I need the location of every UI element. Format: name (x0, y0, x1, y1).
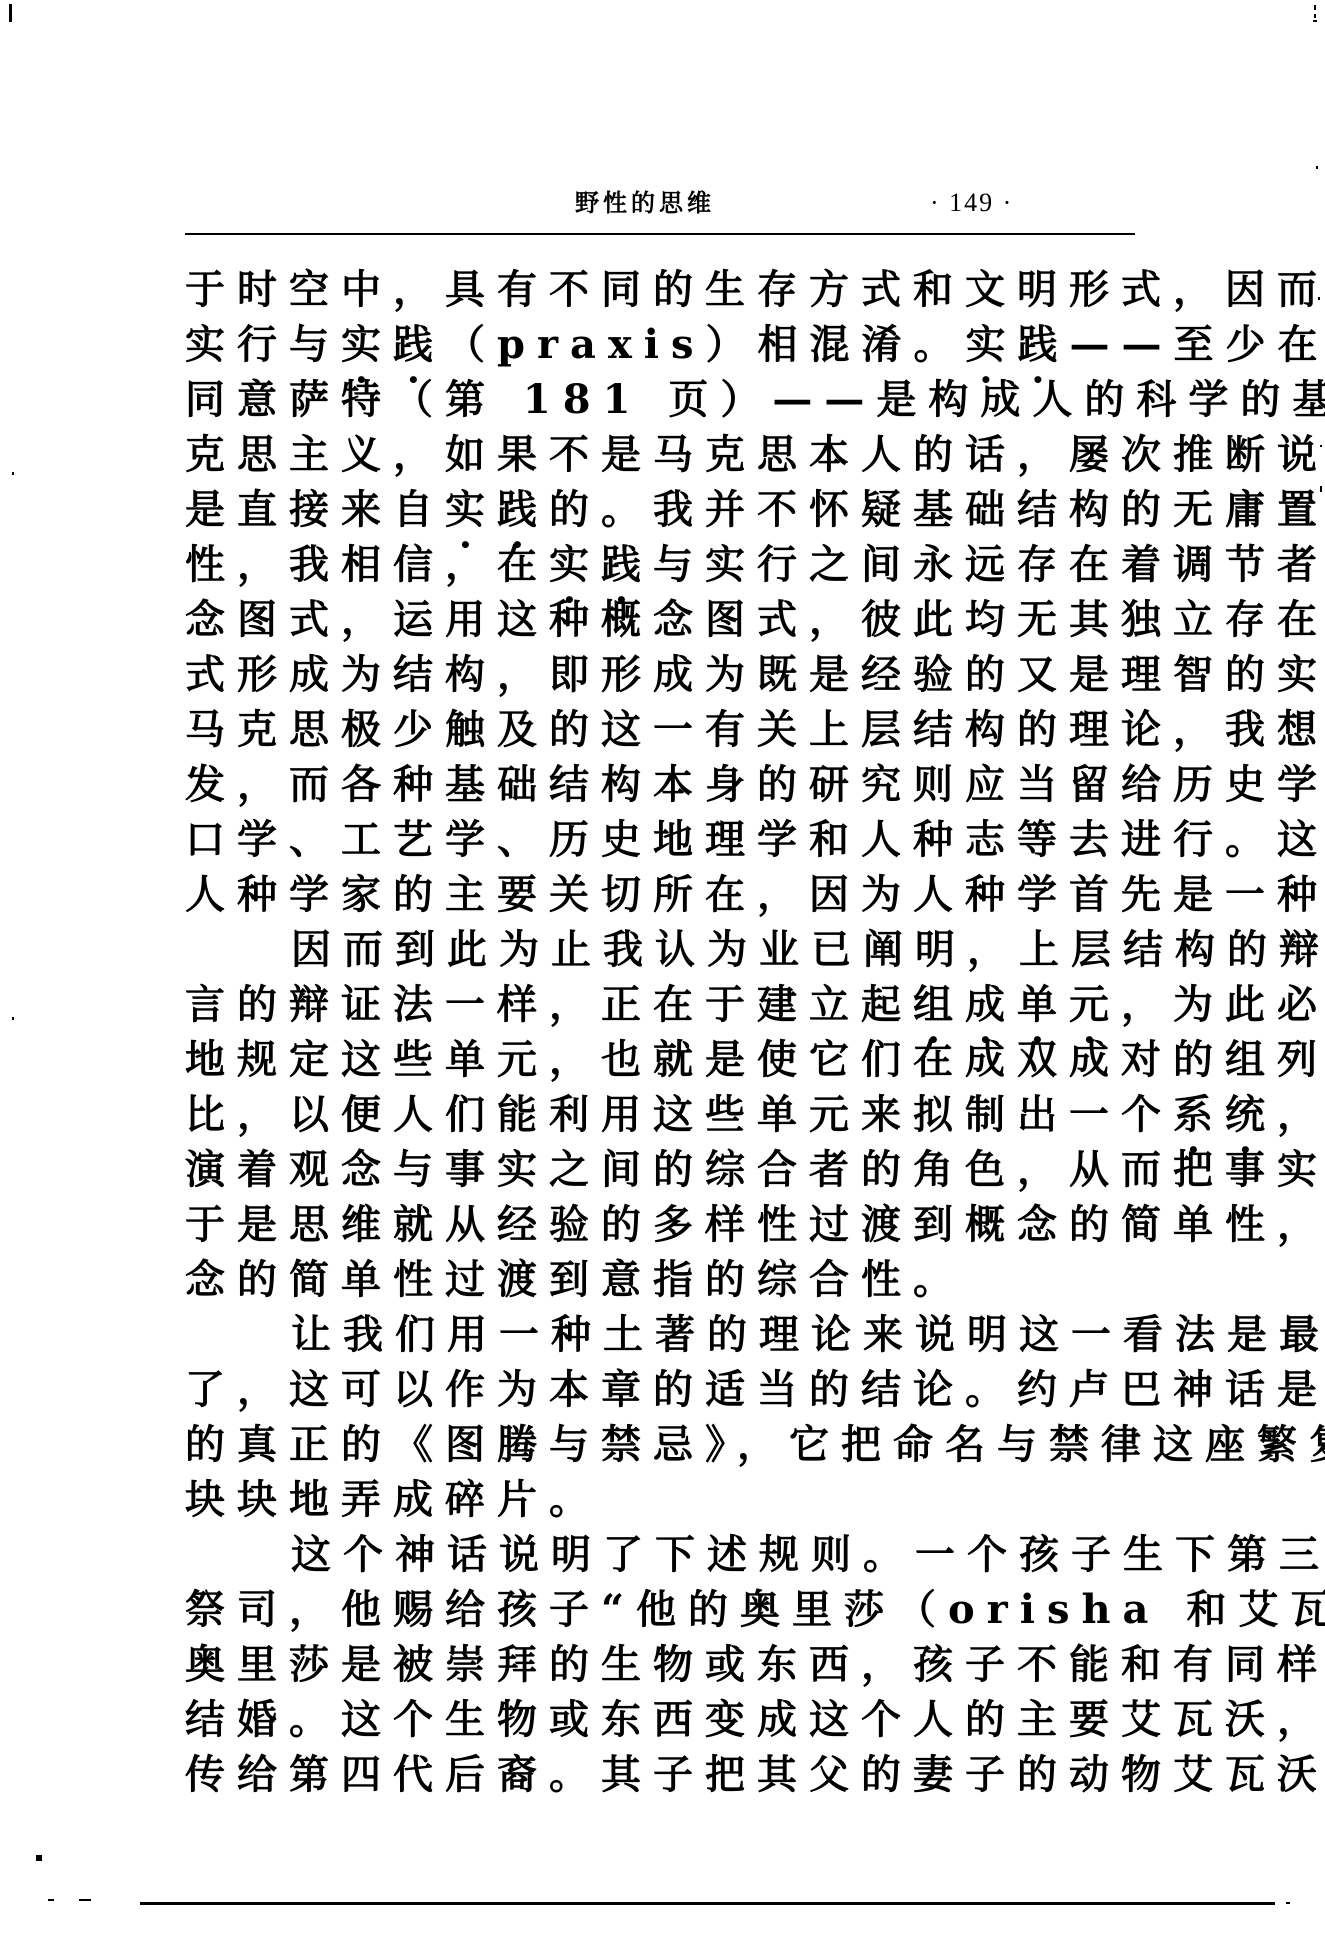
paragraph: 让我们用一种土著的理论来说明这一看法是最恰当不过了，这可以作为本章的适当的结论。… (185, 1307, 1145, 1527)
text-run: 传给第四代后裔。其子把其父的妻子的动物艾瓦沃当作他的第 (185, 1751, 1325, 1798)
text-run: 这个神话说明了下述规则。一个孩子生下第三天请来一个 (291, 1531, 1325, 1578)
text-run: 祭司，他赐给孩子“他的奥里莎（orisha 和艾瓦沃（ewaw））”。 (185, 1586, 1325, 1633)
text-line: 了，这可以作为本章的适当的结论。约卢巴神话是一种未定型 (185, 1362, 1145, 1417)
text-run: 式形成为结构，即形成为既是经验的又是理智的实体。正是对 (185, 651, 1325, 698)
text-run: 让我们用一种土著的理论来说明这一看法是最恰当不过 (291, 1311, 1325, 1358)
footer-rule (140, 1902, 1275, 1905)
text-run: 念图式，运用这种概念图式，彼此均无其独立存在的质料与形 (185, 596, 1325, 643)
text-line: 口学、工艺学、历史地理学和人种志等去进行。这个任务不是 (185, 812, 1145, 867)
text-run: 马克思极少触及的这一有关上层结构的理论，我想试图有所阐 (185, 706, 1325, 753)
emphasized-term: 系统 (1173, 1091, 1277, 1138)
text-line: 人种学家的主要关切所在，因为人种学首先是一种心理学。 (185, 867, 1145, 922)
text-line: 克思主义，如果不是马克思本人的话，屡次推断说，实行似乎 (185, 427, 1145, 482)
emphasized-term: 实践 (445, 486, 549, 533)
text-run: 发，而各种基础结构本身的研究则应当留给历史学，并辅以人 (185, 761, 1325, 808)
emphasized-term: 实践 (549, 541, 653, 588)
text-run: 与实行之间永远存在着调节者，即一种概 (653, 541, 1325, 588)
text-run: 人种学家的主要关切所在，因为人种学首先是一种心理学。 (185, 871, 1325, 918)
header-rule (185, 233, 1135, 235)
emphasized-term: 实践 (341, 321, 445, 368)
text-line: 的真正的《图腾与禁忌》，它把命名与禁律这座繁复的大厦一 (185, 1417, 1145, 1472)
text-line: 传给第四代后裔。其子把其父的妻子的动物艾瓦沃当作他的第 (185, 1747, 1145, 1802)
text-run: 口学、工艺学、历史地理学和人种志等去进行。这个任务不是 (185, 816, 1325, 863)
scan-artifact (1316, 166, 1318, 169)
text-run: 的。我并不怀疑基础结构的无庸置辩的优先 (549, 486, 1325, 533)
paragraph: 这个神话说明了下述规则。一个孩子生下第三天请来一个祭司，他赐给孩子“他的奥里莎（… (185, 1527, 1145, 1802)
text-run: 性，我相信，在 (185, 541, 549, 588)
scan-artifact (12, 472, 14, 475)
text-line: 发，而各种基础结构本身的研究则应当留给历史学，并辅以人 (185, 757, 1145, 812)
text-line: 因而到此为止我认为业已阐明，上层结构的辩证法正象语 (185, 922, 1145, 977)
text-line: 于时空中，具有不同的生存方式和文明形式，因而不应把各种 (185, 262, 1145, 317)
body-text: 于时空中，具有不同的生存方式和文明形式，因而不应把各种实行与实践（praxis）… (185, 262, 1145, 1802)
text-line: 马克思极少触及的这一有关上层结构的理论，我想试图有所阐 (185, 702, 1145, 757)
text-line: 性，我相信，在实践与实行之间永远存在着调节者，即一种概 (185, 537, 1145, 592)
text-line: 这个神话说明了下述规则。一个孩子生下第三天请来一个 (185, 1527, 1145, 1582)
scan-artifact (9, 4, 12, 22)
text-run: 实行与 (185, 321, 341, 368)
text-run: ——至少在这个问题上我 (1070, 321, 1325, 368)
text-line: 比，以便人们能利用这些单元来拟制出一个系统，这个系统扮 (185, 1087, 1145, 1142)
text-line: 念图式，运用这种概念图式，彼此均无其独立存在的质料与形 (185, 592, 1145, 647)
text-run: 克思主义，如果不是马克思本人的话，屡次推断说，实行似乎 (185, 431, 1325, 478)
page-number: · 149 · (930, 183, 1013, 223)
text-run: 块块地弄成碎片。 (185, 1476, 601, 1523)
paragraph: 于时空中，具有不同的生存方式和文明形式，因而不应把各种实行与实践（praxis）… (185, 262, 1145, 922)
text-run: 演着观念与事实之间的综合者的角色，从而把事实变成 (185, 1146, 1325, 1193)
text-line: 祭司，他赐给孩子“他的奥里莎（orisha 和艾瓦沃（ewaw））”。 (185, 1582, 1145, 1637)
text-line: 奥里莎是被崇拜的生物或东西，孩子不能和有同样奥里莎的人 (185, 1637, 1145, 1692)
text-run: 的真正的《图腾与禁忌》，它把命名与禁律这座繁复的大厦一 (185, 1421, 1325, 1468)
scan-artifact (1314, 14, 1316, 18)
text-line: 是直接来自实践的。我并不怀疑基础结构的无庸置辩的优先 (185, 482, 1145, 537)
book-page: 野性的思维 · 149 · 于时空中，具有不同的生存方式和文明形式，因而不应把各… (0, 0, 1325, 1934)
text-line: 让我们用一种土著的理论来说明这一看法是最恰当不过 (185, 1307, 1145, 1362)
text-run: 了，这可以作为本章的适当的结论。约卢巴神话是一种未定型 (185, 1366, 1325, 1413)
paragraph: 因而到此为止我认为业已阐明，上层结构的辩证法正象语言的辩证法一样，正在于建立起组… (185, 922, 1145, 1307)
text-line: 块块地弄成碎片。 (185, 1472, 1145, 1527)
text-run: 于时空中，具有不同的生存方式和文明形式，因而不应把各种 (185, 266, 1325, 313)
text-run: 奥里莎是被崇拜的生物或东西，孩子不能和有同样奥里莎的人 (185, 1641, 1325, 1688)
text-line: 言的辩证法一样，正在于建立起组成单元，为此必须毫无歧义 (185, 977, 1145, 1032)
text-run: 地规定这些单元，也就是使它们在成双成对的组列中相互对 (185, 1036, 1325, 1083)
running-head: 野性的思维 · 149 · (185, 183, 1135, 223)
scan-artifact (12, 1017, 14, 1020)
running-head-title: 野性的思维 (575, 183, 715, 223)
text-line: 结婚。这个生物或东西变成这个人的主要艾瓦沃，他把它一直 (185, 1692, 1145, 1747)
text-line: 实行与实践（praxis）相混淆。实践——至少在这个问题上我 (185, 317, 1145, 372)
text-run: 比，以便人们能利用这些单元来拟制出一个 (185, 1091, 1173, 1138)
scan-artifact (79, 1899, 91, 1901)
scan-artifact (36, 1855, 42, 1861)
scan-artifact (48, 1899, 54, 1901)
scan-artifact (1314, 5, 1316, 10)
scan-artifact (1313, 20, 1317, 22)
emphasized-term: 组成单元 (913, 981, 1121, 1028)
text-run: 言的辩证法一样，正在于建立起 (185, 981, 913, 1028)
text-run: ，这个系统扮 (1277, 1091, 1325, 1138)
text-line: 于是思维就从经验的多样性过渡到概念的简单性，然后又从概 (185, 1197, 1145, 1252)
scan-artifact (1320, 445, 1322, 447)
text-line: 演着观念与事实之间的综合者的角色，从而把事实变成记号。 (185, 1142, 1145, 1197)
text-run: 结婚。这个生物或东西变成这个人的主要艾瓦沃，他把它一直 (185, 1696, 1325, 1743)
text-run: 念的简单性过渡到意指的综合性。 (185, 1256, 965, 1303)
text-run: （praxis）相混淆。 (445, 321, 966, 368)
text-run: 是直接来自 (185, 486, 445, 533)
text-run: 于是思维就从经验的多样性过渡到概念的简单性，然后又从概 (185, 1201, 1325, 1248)
text-line: 念的简单性过渡到意指的综合性。 (185, 1252, 1145, 1307)
scan-artifact (1320, 486, 1322, 492)
text-line: 地规定这些单元，也就是使它们在成双成对的组列中相互对 (185, 1032, 1145, 1087)
text-line: 同意萨特（第 181 页）——是构成人的科学的基本整体性。马 (185, 372, 1145, 427)
text-run: ，为此必须毫无歧义 (1121, 981, 1325, 1028)
text-run: 因而到此为止我认为业已阐明，上层结构的辩证法正象语 (291, 926, 1325, 973)
text-run: 同意萨特（第 181 页）——是构成人的科学的基本整体性。马 (185, 376, 1325, 423)
text-line: 式形成为结构，即形成为既是经验的又是理智的实体。正是对 (185, 647, 1145, 702)
scan-artifact (1286, 1902, 1290, 1904)
emphasized-term: 实践 (966, 321, 1070, 368)
scan-artifact (1318, 297, 1320, 300)
